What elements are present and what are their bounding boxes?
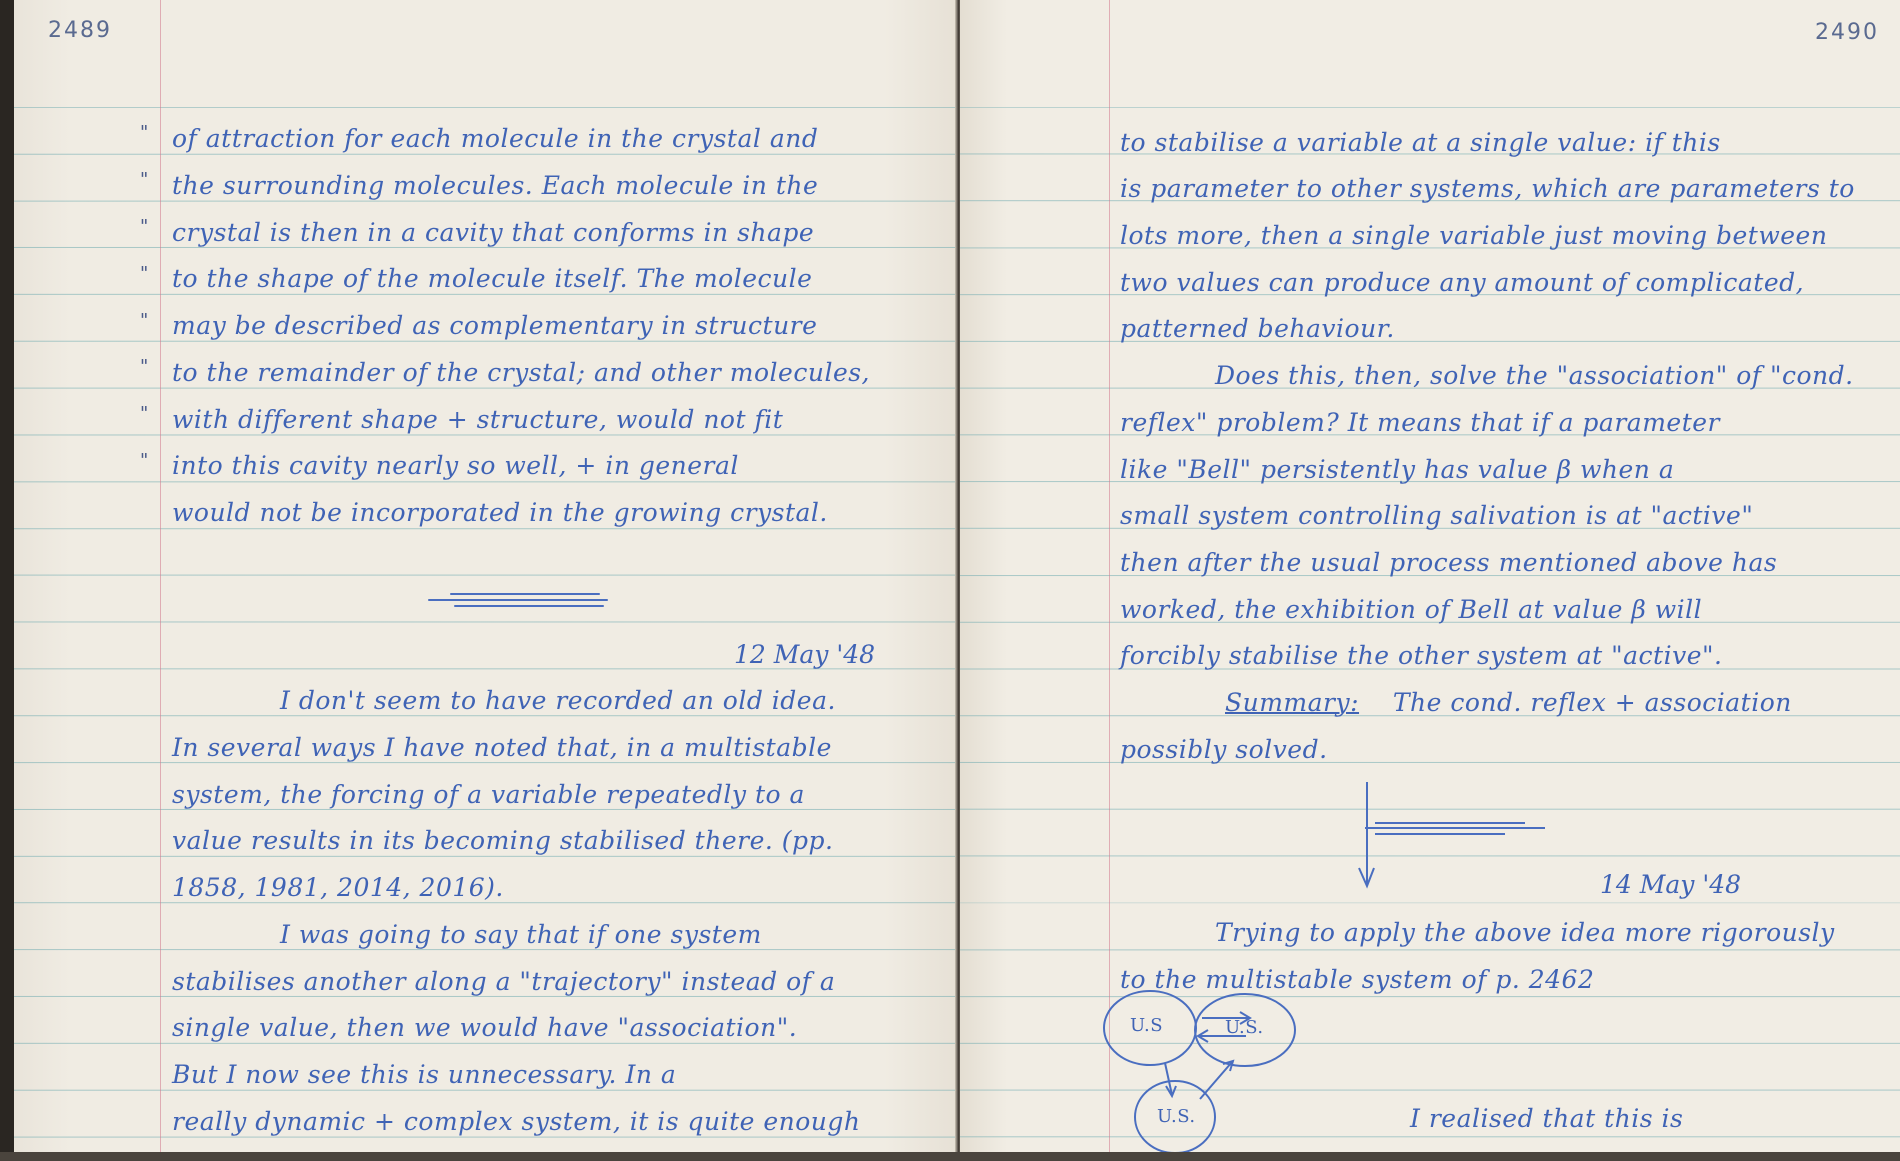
text-line: system, the forcing of a variable repeat… <box>172 780 805 809</box>
notebook-left-edge <box>0 0 14 1161</box>
diagram-node-label: U.S. <box>1225 1017 1264 1038</box>
section-divider <box>450 593 600 595</box>
text-line: single value, then we would have "associ… <box>172 1013 797 1042</box>
text-line: But I now see this is unnecessary. In a <box>172 1060 676 1089</box>
ditto-mark: " <box>140 403 148 424</box>
notebook-bottom-edge <box>0 1152 1900 1161</box>
left-page: 2489 " " " " " " " " of attraction for e… <box>14 0 960 1152</box>
text-line: may be described as complementary in str… <box>172 311 817 340</box>
text-line: 1858, 1981, 2014, 2016). <box>172 873 504 902</box>
text-line: stabilises another along a "trajectory" … <box>172 967 835 996</box>
text-line: to the remainder of the crystal; and oth… <box>172 358 870 387</box>
text-line: I was going to say that if one system <box>280 920 762 949</box>
ditto-mark: " <box>140 122 148 143</box>
text-line: I realised that this is <box>1410 1104 1683 1133</box>
text-line: really dynamic + complex system, it is q… <box>172 1107 861 1136</box>
multistable-diagram <box>960 0 1900 1152</box>
ditto-mark: " <box>140 450 148 471</box>
ditto-mark: " <box>140 169 148 190</box>
text-line: into this cavity nearly so well, + in ge… <box>172 451 739 480</box>
text-line: the surrounding molecules. Each molecule… <box>172 171 818 200</box>
text-line: In several ways I have noted that, in a … <box>172 733 832 762</box>
right-page: 2490 to stabilise a variable at a single… <box>960 0 1900 1152</box>
page-number: 2489 <box>48 18 112 43</box>
text-line: value results in its becoming stabilised… <box>172 826 833 855</box>
text-line: I don't seem to have recorded an old ide… <box>280 686 836 715</box>
text-line: would not be incorporated in the growing… <box>172 498 828 527</box>
text-line: of attraction for each molecule in the c… <box>172 124 818 153</box>
margin-line <box>160 0 161 1152</box>
entry-date: 12 May '48 <box>734 640 875 669</box>
diagram-node-label: U.S. <box>1157 1106 1196 1127</box>
ditto-mark: " <box>140 310 148 331</box>
text-line: crystal is then in a cavity that conform… <box>172 218 814 247</box>
text-line: with different shape + structure, would … <box>172 405 783 434</box>
ditto-mark: " <box>140 216 148 237</box>
ditto-mark: " <box>140 263 148 284</box>
text-line: to the shape of the molecule itself. The… <box>172 264 812 293</box>
diagram-node-label: U.S <box>1130 1015 1163 1036</box>
ditto-mark: " <box>140 356 148 377</box>
